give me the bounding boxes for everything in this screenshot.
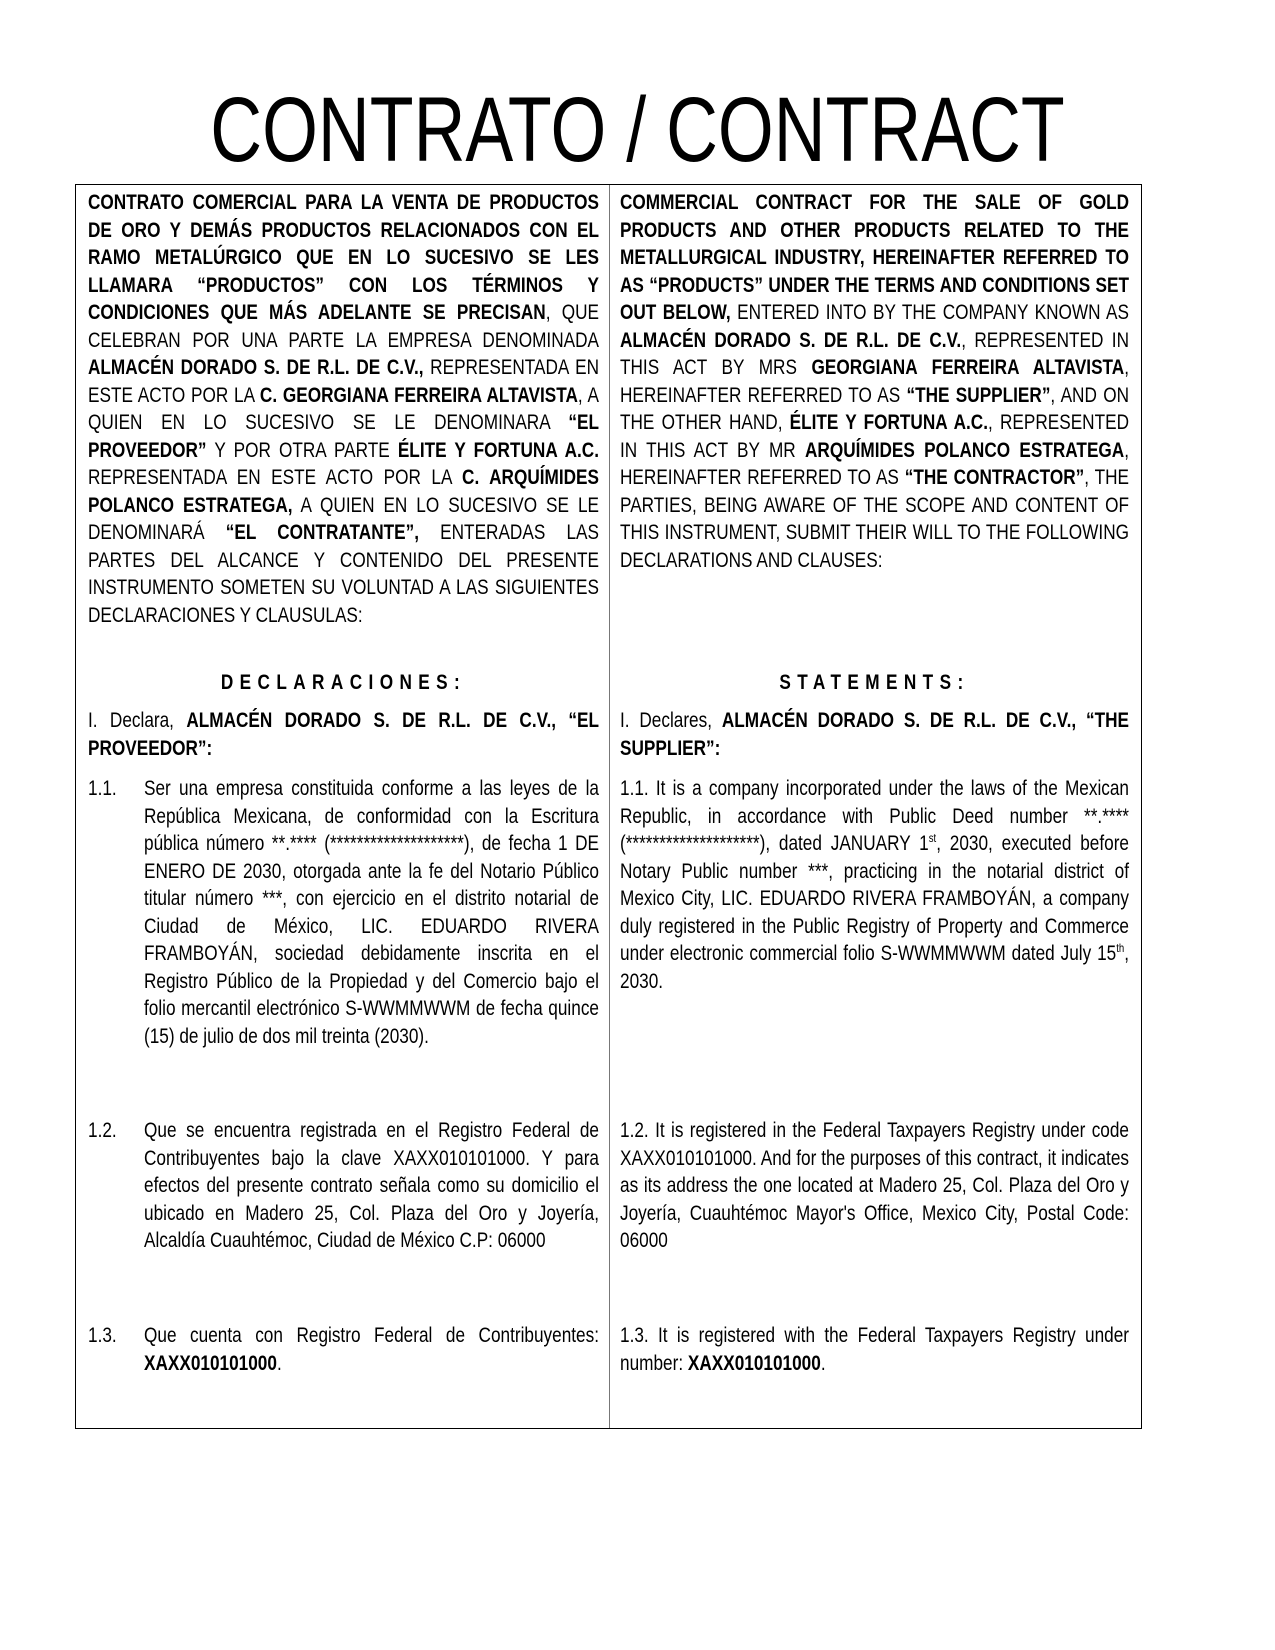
item-number: 1.1. xyxy=(620,776,656,800)
english-column: COMMERCIAL CONTRACT FOR THE SALE OF GOLD… xyxy=(610,185,1141,1428)
english-item-1-2: 1.2. It is registered in the Federal Tax… xyxy=(620,1117,1129,1255)
item-number: 1.2. xyxy=(620,1118,655,1142)
english-item-1-3: 1.3. It is registered with the Federal T… xyxy=(620,1322,1129,1377)
bilingual-contract-table: CONTRATO COMERCIAL PARA LA VENTA DE PROD… xyxy=(75,184,1142,1429)
spanish-section-heading: DECLARACIONES: xyxy=(88,669,599,697)
english-section-heading: STATEMENTS: xyxy=(620,669,1129,697)
spanish-declaration-intro: I. Declara, ALMACÉN DORADO S. DE R.L. DE… xyxy=(88,707,599,762)
english-declaration-intro: I. Declares, ALMACÉN DORADO S. DE R.L. D… xyxy=(620,707,1129,762)
english-item-1-1: 1.1. It is a company incorporated under … xyxy=(620,775,1129,995)
spanish-item-1-2: 1.2. Que se encuentra registrada en el R… xyxy=(88,1117,599,1255)
item-number: 1.2. xyxy=(88,1117,144,1255)
spanish-item-1-1: 1.1. Ser una empresa constituida conform… xyxy=(88,775,599,1050)
item-number: 1.3. xyxy=(620,1323,658,1347)
item-number: 1.1. xyxy=(88,775,144,1050)
item-number: 1.3. xyxy=(88,1322,144,1377)
document-title: CONTRATO / CONTRACT xyxy=(140,80,1135,180)
english-preamble: COMMERCIAL CONTRACT FOR THE SALE OF GOLD… xyxy=(620,189,1129,574)
spanish-preamble: CONTRATO COMERCIAL PARA LA VENTA DE PROD… xyxy=(88,189,599,629)
spanish-item-1-3: 1.3. Que cuenta con Registro Federal de … xyxy=(88,1322,599,1377)
spanish-column: CONTRATO COMERCIAL PARA LA VENTA DE PROD… xyxy=(76,185,610,1428)
